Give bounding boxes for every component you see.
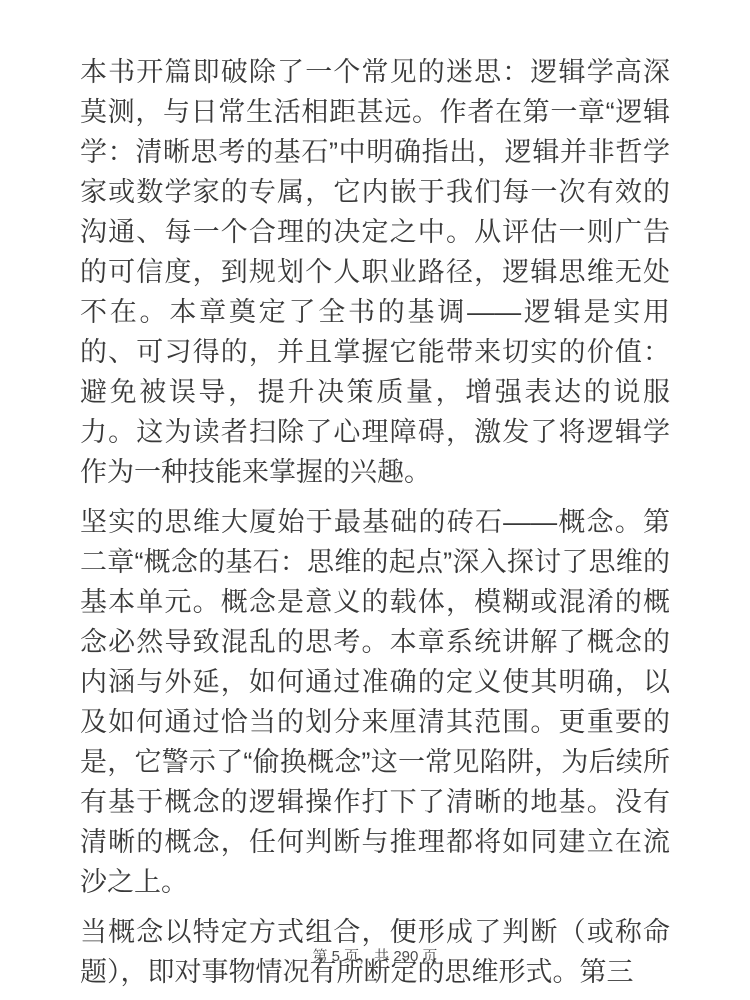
document-page: 本书开篇即破除了一个常见的迷思：逻辑学高深莫测，与日常生活相距甚远。作者在第一章… [0,0,750,1000]
paragraph-chapter2-summary: 坚实的思维大厦始于最基础的砖石——概念。第二章“概念的基石：思维的起点”深入探讨… [80,502,670,902]
page-number-indicator: 第 5 页，共 290 页 [0,946,750,968]
paragraph-chapter1-summary: 本书开篇即破除了一个常见的迷思：逻辑学高深莫测，与日常生活相距甚远。作者在第一章… [80,52,670,492]
